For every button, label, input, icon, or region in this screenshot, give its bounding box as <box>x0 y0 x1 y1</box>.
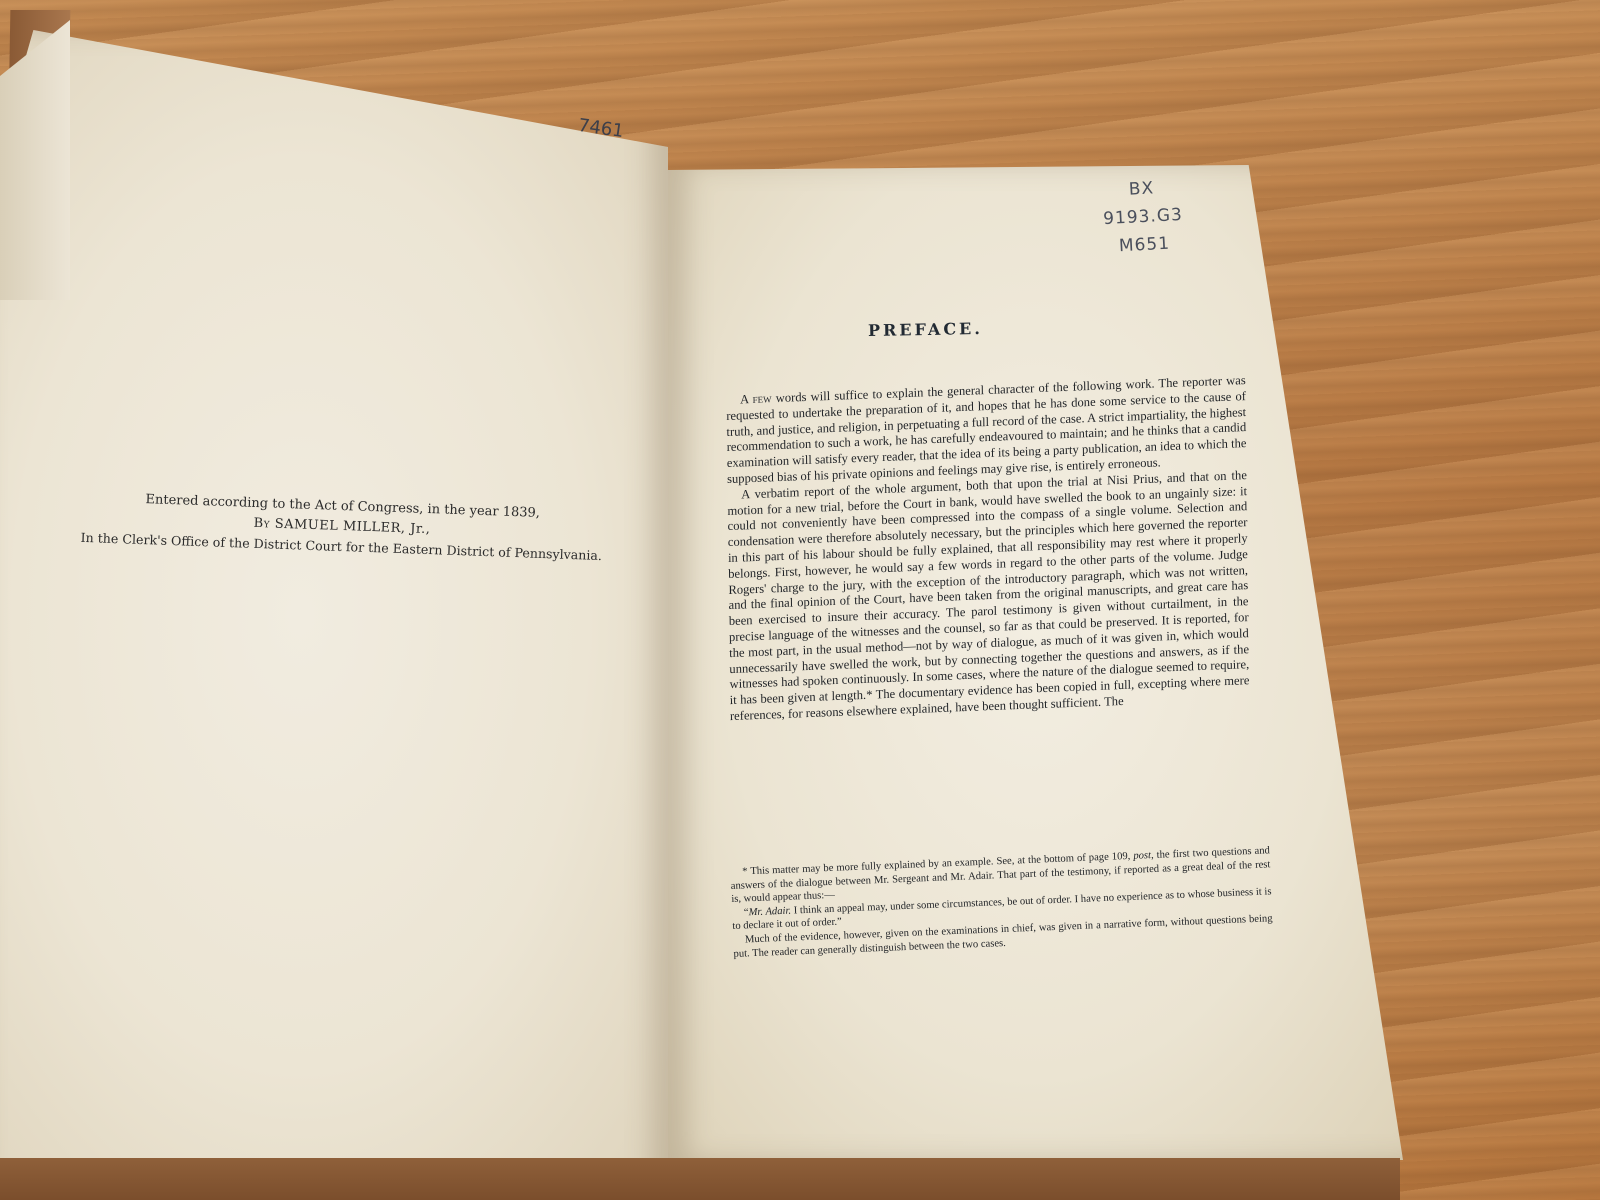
book-cover-bottom <box>0 1158 1400 1200</box>
footnote-italic: post <box>1133 850 1151 862</box>
paragraph-2: A verbatim report of the whole argument,… <box>727 468 1250 725</box>
call-number-line-3: M651 <box>1089 228 1200 262</box>
copyright-by: By <box>253 516 270 532</box>
copyright-author: SAMUEL MILLER, Jr., <box>274 517 430 537</box>
preface-body: A few words will suffice to explain the … <box>726 373 1250 725</box>
library-call-number: BX 9193.G3 M651 <box>1086 172 1200 262</box>
paragraph-text: words will suffice to explain the genera… <box>726 373 1246 486</box>
left-page <box>0 30 668 1200</box>
page-title: PREFACE. <box>868 319 983 340</box>
footnote-speaker: Mr. Adair. <box>748 905 791 918</box>
paragraph-lead: A few <box>740 391 772 406</box>
call-number-line-2: 9193.G3 <box>1087 200 1198 234</box>
